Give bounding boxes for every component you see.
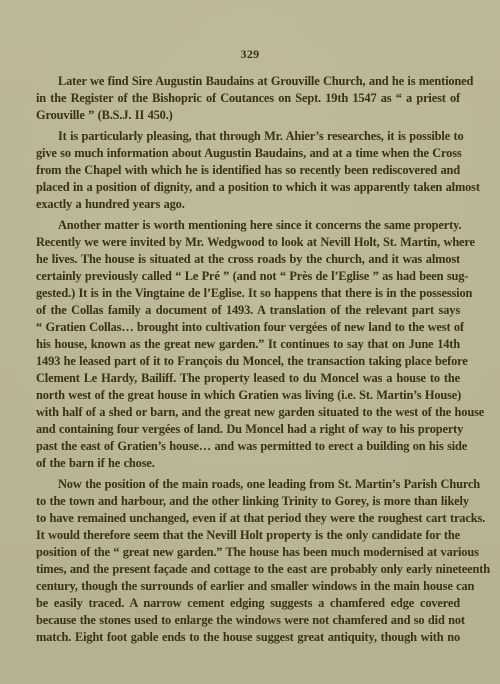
text-line: Now the position of the main roads, one … bbox=[36, 476, 460, 493]
text-line: Another matter is worth mentioning here … bbox=[36, 217, 460, 234]
paragraph-3: Another matter is worth mentioning here … bbox=[36, 217, 460, 472]
text-line: position of the “ great new garden.” The… bbox=[36, 544, 460, 561]
text-line: gested.) It is in the Vingtaine de l’Egl… bbox=[36, 285, 460, 302]
text-line: Grouville ” (B.S.J. II 450.) bbox=[36, 107, 460, 124]
text-line: he lives. The house is situated at the c… bbox=[36, 251, 460, 268]
text-line: Recently we were invited by Mr. Wedgwood… bbox=[36, 234, 460, 251]
book-page: 329 Later we find Sire Augustin Baudains… bbox=[0, 0, 500, 684]
text-line: times, and the present façade and cottag… bbox=[36, 561, 460, 578]
text-line: in the Register of the Bishopric of Cout… bbox=[36, 90, 460, 107]
text-line: It is particularly pleasing, that throug… bbox=[36, 128, 460, 145]
text-line: 1493 he leased part of it to François du… bbox=[36, 353, 460, 370]
text-line: to the town and harbour, and the other l… bbox=[36, 493, 460, 510]
text-line: past the east of Gratien’s house… and wa… bbox=[36, 438, 460, 455]
text-line: Clement Le Hardy, Bailiff. The property … bbox=[36, 370, 460, 387]
text-line: of the barn if he chose. bbox=[36, 455, 460, 472]
text-line: his house, known as the great new garden… bbox=[36, 336, 460, 353]
text-line: “ Gratien Collas… brought into cultivati… bbox=[36, 319, 460, 336]
text-line: placed in a position of dignity, and a p… bbox=[36, 179, 460, 196]
paragraph-1: Later we find Sire Augustin Baudains at … bbox=[36, 73, 460, 124]
text-line: with half of a shed or barn, and the gre… bbox=[36, 404, 460, 421]
paragraph-4: Now the position of the main roads, one … bbox=[36, 476, 460, 646]
text-line: match. Eight foot gable ends to the hous… bbox=[36, 629, 460, 646]
text-line: from the Chapel with which he is identif… bbox=[36, 162, 460, 179]
text-line: north west of the great house in which G… bbox=[36, 387, 460, 404]
text-line: exactly a hundred years ago. bbox=[36, 196, 460, 213]
body-text: Later we find Sire Augustin Baudains at … bbox=[36, 73, 460, 650]
text-line: to have remained unchanged, even if at t… bbox=[36, 510, 460, 527]
text-line: Later we find Sire Augustin Baudains at … bbox=[36, 73, 460, 90]
text-line: give so much information about Augustin … bbox=[36, 145, 460, 162]
text-line: certainly previously called “ Le Pré ” (… bbox=[36, 268, 460, 285]
text-line: and containing four vergées of land. Du … bbox=[36, 421, 460, 438]
reverse-page-show-through bbox=[135, 610, 375, 615]
text-line: It would therefore seem that the Nevill … bbox=[36, 527, 460, 544]
paragraph-2: It is particularly pleasing, that throug… bbox=[36, 128, 460, 213]
text-line: of the Collas family a document of 1493.… bbox=[36, 302, 460, 319]
reverse-page-show-through bbox=[150, 623, 330, 631]
page-number: 329 bbox=[0, 47, 500, 62]
text-line: century, though the surrounds of earlier… bbox=[36, 578, 460, 595]
